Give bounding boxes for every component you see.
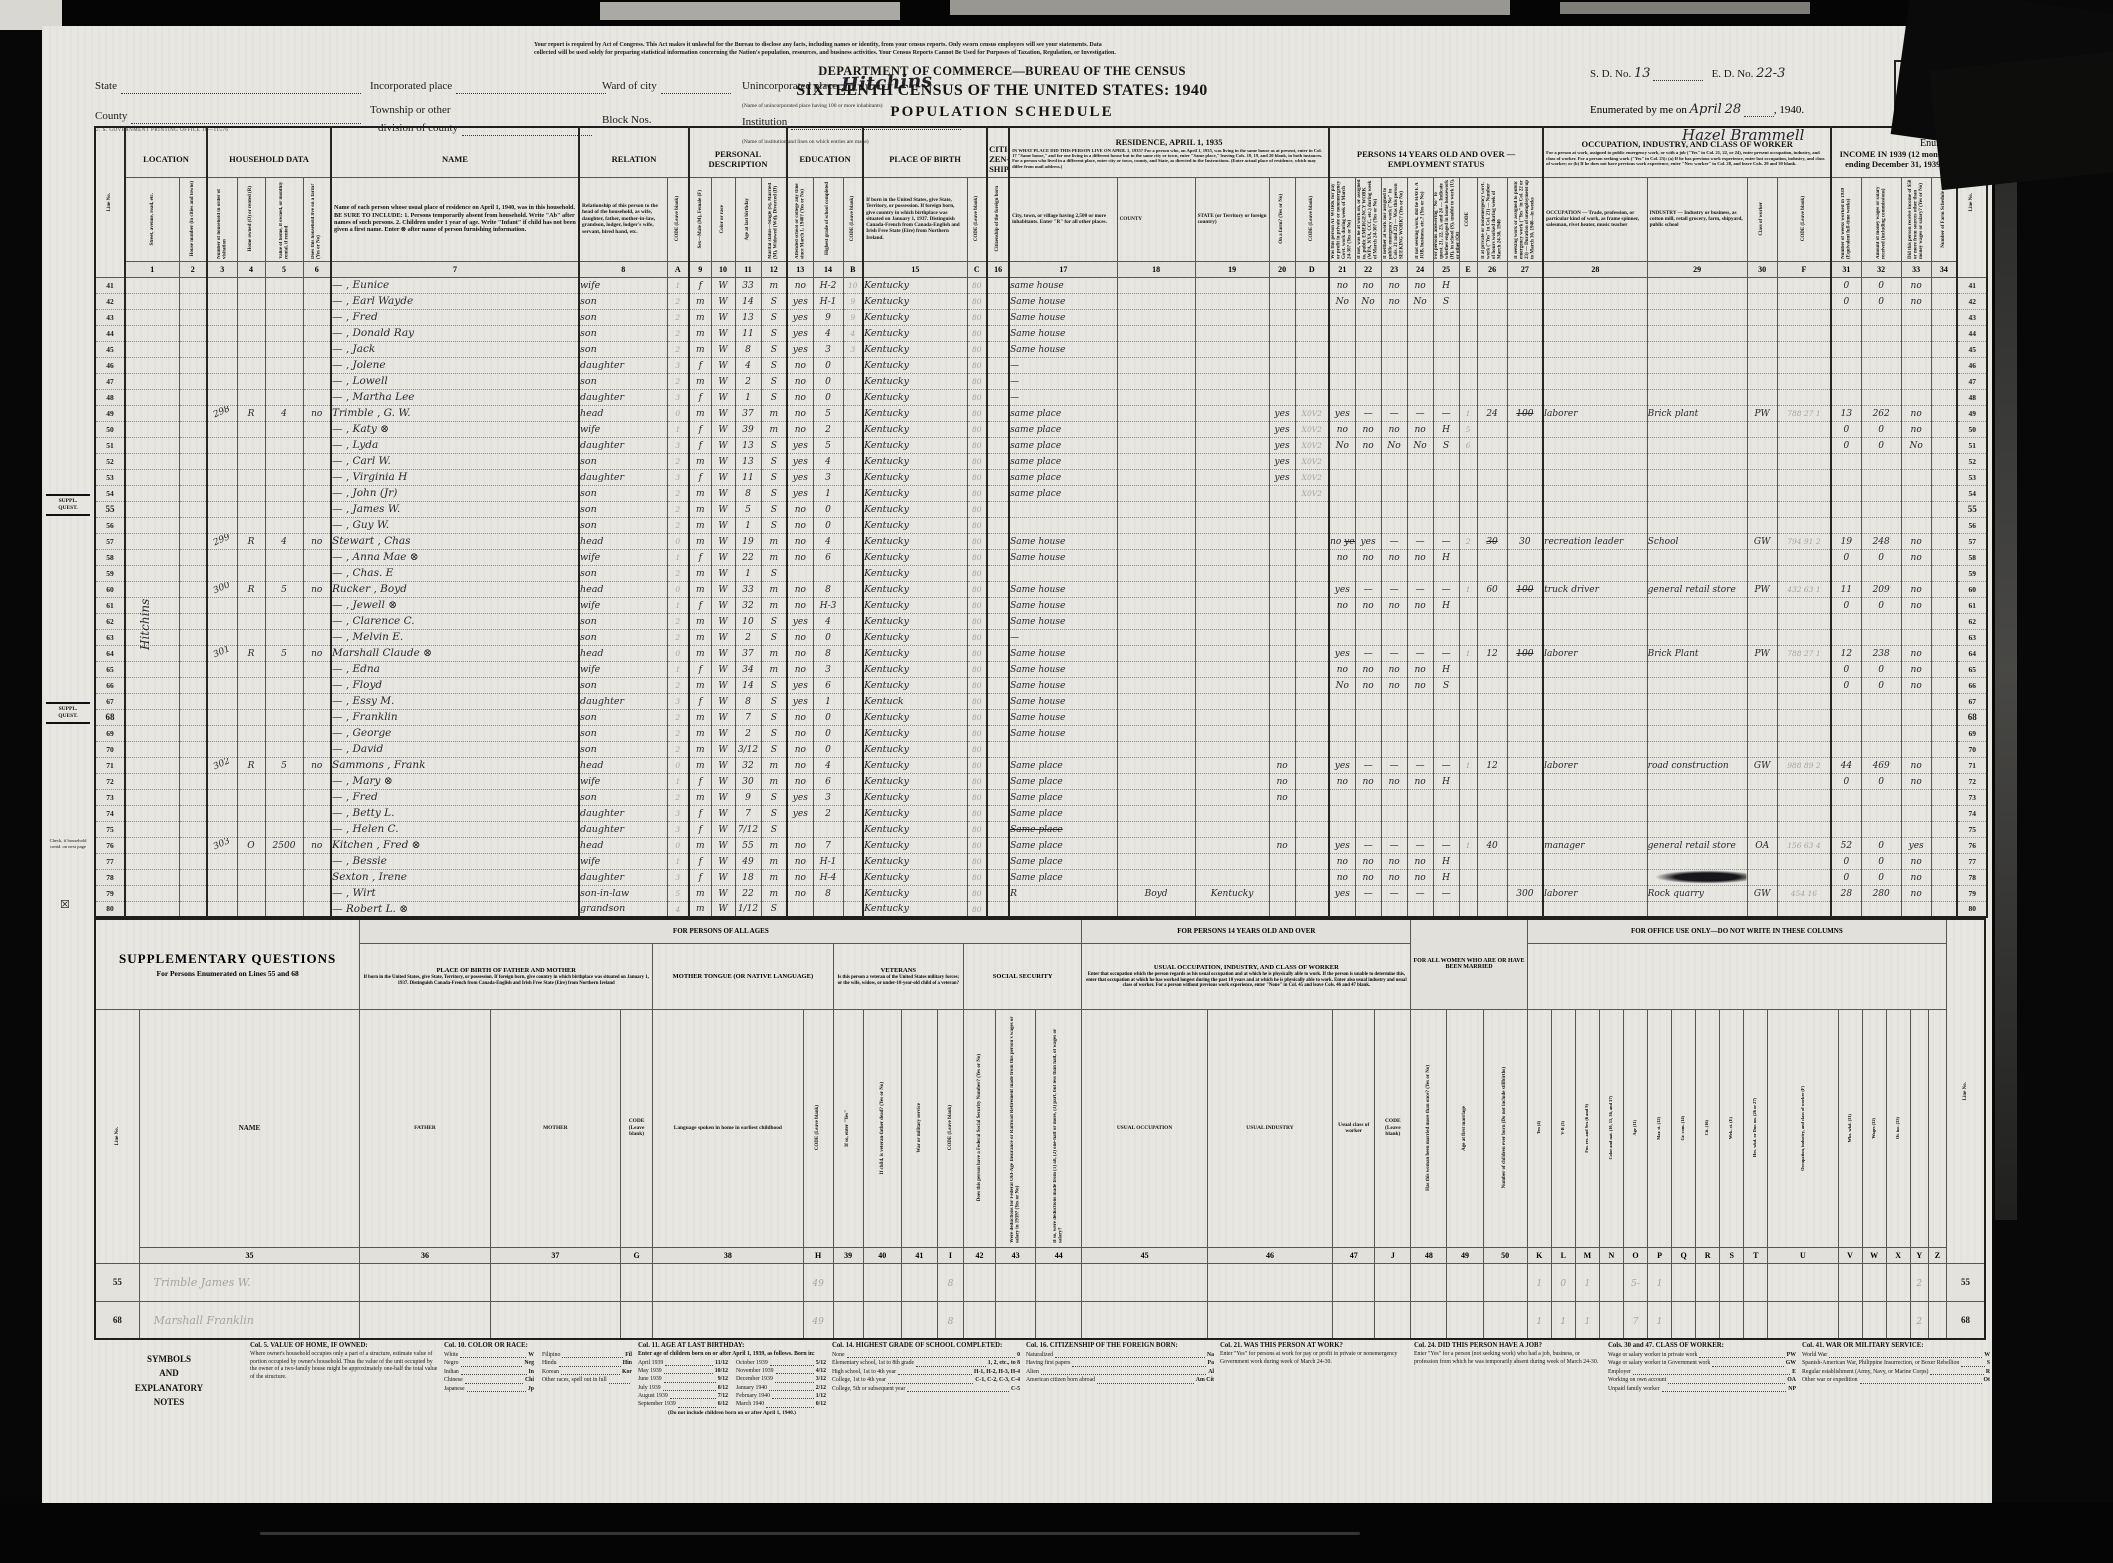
person-row-74: 74— , Betty L.daughter3fW7Syes2Kentucky8… (95, 805, 1987, 821)
district-numbers: S. D. No. 13 E. D. No. 22-3 (1590, 66, 1890, 81)
census-sheet: Your report is required by Act of Congre… (42, 26, 1992, 1503)
note-block-6: Col. 21. WAS THIS PERSON AT WORK?Enter "… (1220, 1342, 1408, 1366)
department-title: DEPARTMENT OF COMMERCE—BUREAU OF THE CEN… (742, 64, 1262, 79)
person-row-75: 75— , Helen C.daughter3fW7/12SKentucky80… (95, 821, 1987, 837)
person-row-52: 52— , Carl W.son2mW13Syes4Kentucky80same… (95, 453, 1987, 469)
person-row-50: 50— , Katy ⊗wife1fW39mno2Kentucky80same … (95, 421, 1987, 437)
person-row-77: 77— , Bessiewife1fW49mnoH-1Kentucky80Sam… (95, 853, 1987, 869)
census-title: SIXTEENTH CENSUS OF THE UNITED STATES: 1… (742, 82, 1262, 100)
person-row-68: 68— , Franklinson2mW7Sno0Kentucky80Same … (95, 709, 1987, 725)
sheet-suffix: B (1947, 83, 1957, 99)
note-block-3: Col. 11. AGE AT LAST BIRTHDAY:Enter age … (638, 1342, 826, 1416)
person-row-79: 79— , Wirtson-in-law5mW22mno8Kentucky80R… (95, 885, 1987, 901)
person-row-70: 70— , Davidson2mW3/12Sno0Kentucky8070 (95, 741, 1987, 757)
county-field: County (95, 106, 361, 124)
previous-sheet-fragment (950, 0, 1510, 15)
note-block-9: Col. 41. WAR OR MILITARY SERVICE:World W… (1802, 1342, 1990, 1385)
person-row-63: 63— , Melvin E.son2mW2Sno0Kentucky80—63 (95, 629, 1987, 645)
sheet-value-handwriting: 15 (1927, 84, 1944, 99)
household-contd-note: Check, if household contd. on next page (45, 838, 91, 849)
scan-tear-streak (1995, 120, 2017, 1220)
suppl-quest-marker-left: SUPPL.QUEST. (46, 494, 90, 516)
person-row-62: 62— , Clarence C.son2mW10Syes4Kentucky80… (95, 613, 1987, 629)
person-row-64: 64301R5noMarshall Claude ⊗head0mW37mno8K… (95, 645, 1987, 661)
person-row-49: 49298R4noTrimble , G. W.head0mW37mno5Ken… (95, 405, 1987, 421)
person-row-56: 56— , Guy W.son2mW1Sno0Kentucky8056 (95, 517, 1987, 533)
street-name-handwriting: Hitchins (138, 599, 152, 650)
scan-top-edge (0, 0, 2113, 26)
previous-sheet-fragment (600, 2, 900, 20)
person-row-53: 53— , Virginia Hdaughter3fW11Syes3Kentuc… (95, 469, 1987, 485)
incorporated-place-field: Incorporated place (370, 76, 606, 94)
note-block-8: Cols. 30 and 47. CLASS OF WORKER:Wage or… (1608, 1342, 1796, 1393)
suppl-quest-marker-right: SUPPL.QUEST. (1988, 494, 1992, 512)
person-row-58: 58— , Anna Mae ⊗wife1fW22mno6Kentucky80S… (95, 549, 1987, 565)
person-row-61: 61— , Jewell ⊗wife1fW32mnoH-3Kentucky80S… (95, 597, 1987, 613)
person-row-48: 48— , Martha Leedaughter3fW1Sno0Kentucky… (95, 389, 1987, 405)
person-row-71: 71302R5noSammons , Frankhead0mW32mno4Ken… (95, 757, 1987, 773)
scan-bottom-edge (0, 1503, 2113, 1563)
suppl-quest-marker-left: SUPPL.QUEST. (46, 702, 90, 724)
explanatory-notes: SYMBOLSANDEXPLANATORYNOTESCol. 5. VALUE … (94, 1342, 1990, 1416)
person-row-76: 76303O2500noKitchen , Fred ⊗head0mW55mno… (95, 837, 1987, 853)
legal-notice: Your report is required by Act of Congre… (534, 42, 1324, 57)
supplementary-row-68: 68Marshall Franklin49811171268 (95, 1301, 1985, 1339)
symbols-notes-title: SYMBOLSANDEXPLANATORYNOTES (94, 1342, 244, 1410)
enum-month-handwriting: April (1690, 102, 1722, 117)
sheet-number-box: Sheet No. 15 B (1894, 60, 1990, 128)
person-row-43: 43— , Fredson2mW13Syes99Kentucky80Same h… (95, 309, 1987, 325)
scan-bottom-line (260, 1532, 1360, 1535)
person-row-44: 44— , Donald Rayson2mW11Syes44Kentucky80… (95, 325, 1987, 341)
state-field: State (95, 76, 361, 94)
person-row-78: 78Sexton , Irenedaughter3fW18mnoH-4Kentu… (95, 869, 1987, 885)
person-row-55: 55— , James W.son2mW5Sno0Kentucky8055 (95, 501, 1987, 517)
ward-field: Ward of city (602, 76, 731, 94)
person-row-67: 67— , Essy M.daughter3fW8Syes1Kentuck80S… (95, 693, 1987, 709)
ed-value-handwriting: 22-3 (1756, 66, 1785, 81)
note-block-2: Col. 10. COLOR OR RACE:WhiteWNegroNegInd… (444, 1342, 632, 1393)
person-row-47: 47— , Lowellson2mW2Sno0Kentucky80—47 (95, 373, 1987, 389)
person-row-46: 46— , Jolenedaughter3fW4Sno0Kentucky80—4… (95, 357, 1987, 373)
person-row-41: 41— , Eunicewife1fW33mnoH-210Kentucky80s… (95, 277, 1987, 293)
person-row-66: 66— , Floydson2mW14Syes6Kentucky80Same h… (95, 677, 1987, 693)
form-number: 16-385 A (1937, 46, 1960, 52)
household-contd-checkbox: ☒ (60, 898, 70, 911)
suppl-quest-marker-right: SUPPL.QUEST. (1988, 702, 1992, 720)
person-row-45: 45— , Jackson2mW8Syes33Kentucky80Same ho… (95, 341, 1987, 357)
note-block-5: Col. 16. CITIZENSHIP OF THE FOREIGN BORN… (1026, 1342, 1214, 1385)
person-row-72: 72— , Mary ⊗wife1fW30mno6Kentucky80Same … (95, 773, 1987, 789)
census-scan: { "header": { "notice_1": "Your report i… (0, 0, 2113, 1563)
note-block-7: Col. 24. DID THIS PERSON HAVE A JOB?Ente… (1414, 1342, 1602, 1366)
scan-right-edge (1992, 0, 2113, 1563)
person-row-51: 51— , Lydadaughter3fW13Syes5Kentucky80sa… (95, 437, 1987, 453)
previous-sheet-fragment (1560, 2, 1810, 14)
person-row-69: 69— , Georgeson2mW2Sno0Kentucky80Same ho… (95, 725, 1987, 741)
supplementary-row-55: 55Trimble James W.4981015-1255 (95, 1263, 1985, 1301)
note-block-4: Col. 14. HIGHEST GRADE OF SCHOOL COMPLET… (832, 1342, 1020, 1393)
schedule-title: POPULATION SCHEDULE (742, 104, 1262, 121)
person-row-73: 73— , Fredson2mW9Syes3Kentucky80Same pla… (95, 789, 1987, 805)
person-row-54: 54— , John (Jr)son2mW8Syes1Kentucky80sam… (95, 485, 1987, 501)
person-row-59: 59— , Chas. Eson2mW1SKentucky8059 (95, 565, 1987, 581)
form-titles: DEPARTMENT OF COMMERCE—BUREAU OF THE CEN… (742, 64, 1262, 121)
supplementary-table: SUPPLEMENTARY QUESTIONSFor Persons Enume… (94, 918, 1986, 1340)
person-row-80: 80— Robert L. ⊗grandson4mW1/12SKentucky8… (95, 901, 1987, 917)
enum-day-handwriting: 28 (1725, 102, 1742, 117)
enumeration-date: Enumerated by me on April 28 , 1940. (1590, 102, 1804, 117)
person-row-57: 57299R4noStewart , Chashead0mW19mno4Kent… (95, 533, 1987, 549)
person-row-42: 42— , Earl Waydeson2mW14SyesH-19Kentucky… (95, 293, 1987, 309)
person-row-65: 65— , Ednawife1fW34mno3Kentucky80Same ho… (95, 661, 1987, 677)
note-block-1: Col. 5. VALUE OF HOME, IF OWNED:Where ow… (250, 1342, 438, 1381)
person-row-60: 60300R5noRucker , Boydhead0mW33mno8Kentu… (95, 581, 1987, 597)
population-table: Line No.LOCATIONHOUSEHOLD DATANAMERELATI… (94, 126, 1988, 918)
sd-value-handwriting: 13 (1634, 66, 1651, 81)
